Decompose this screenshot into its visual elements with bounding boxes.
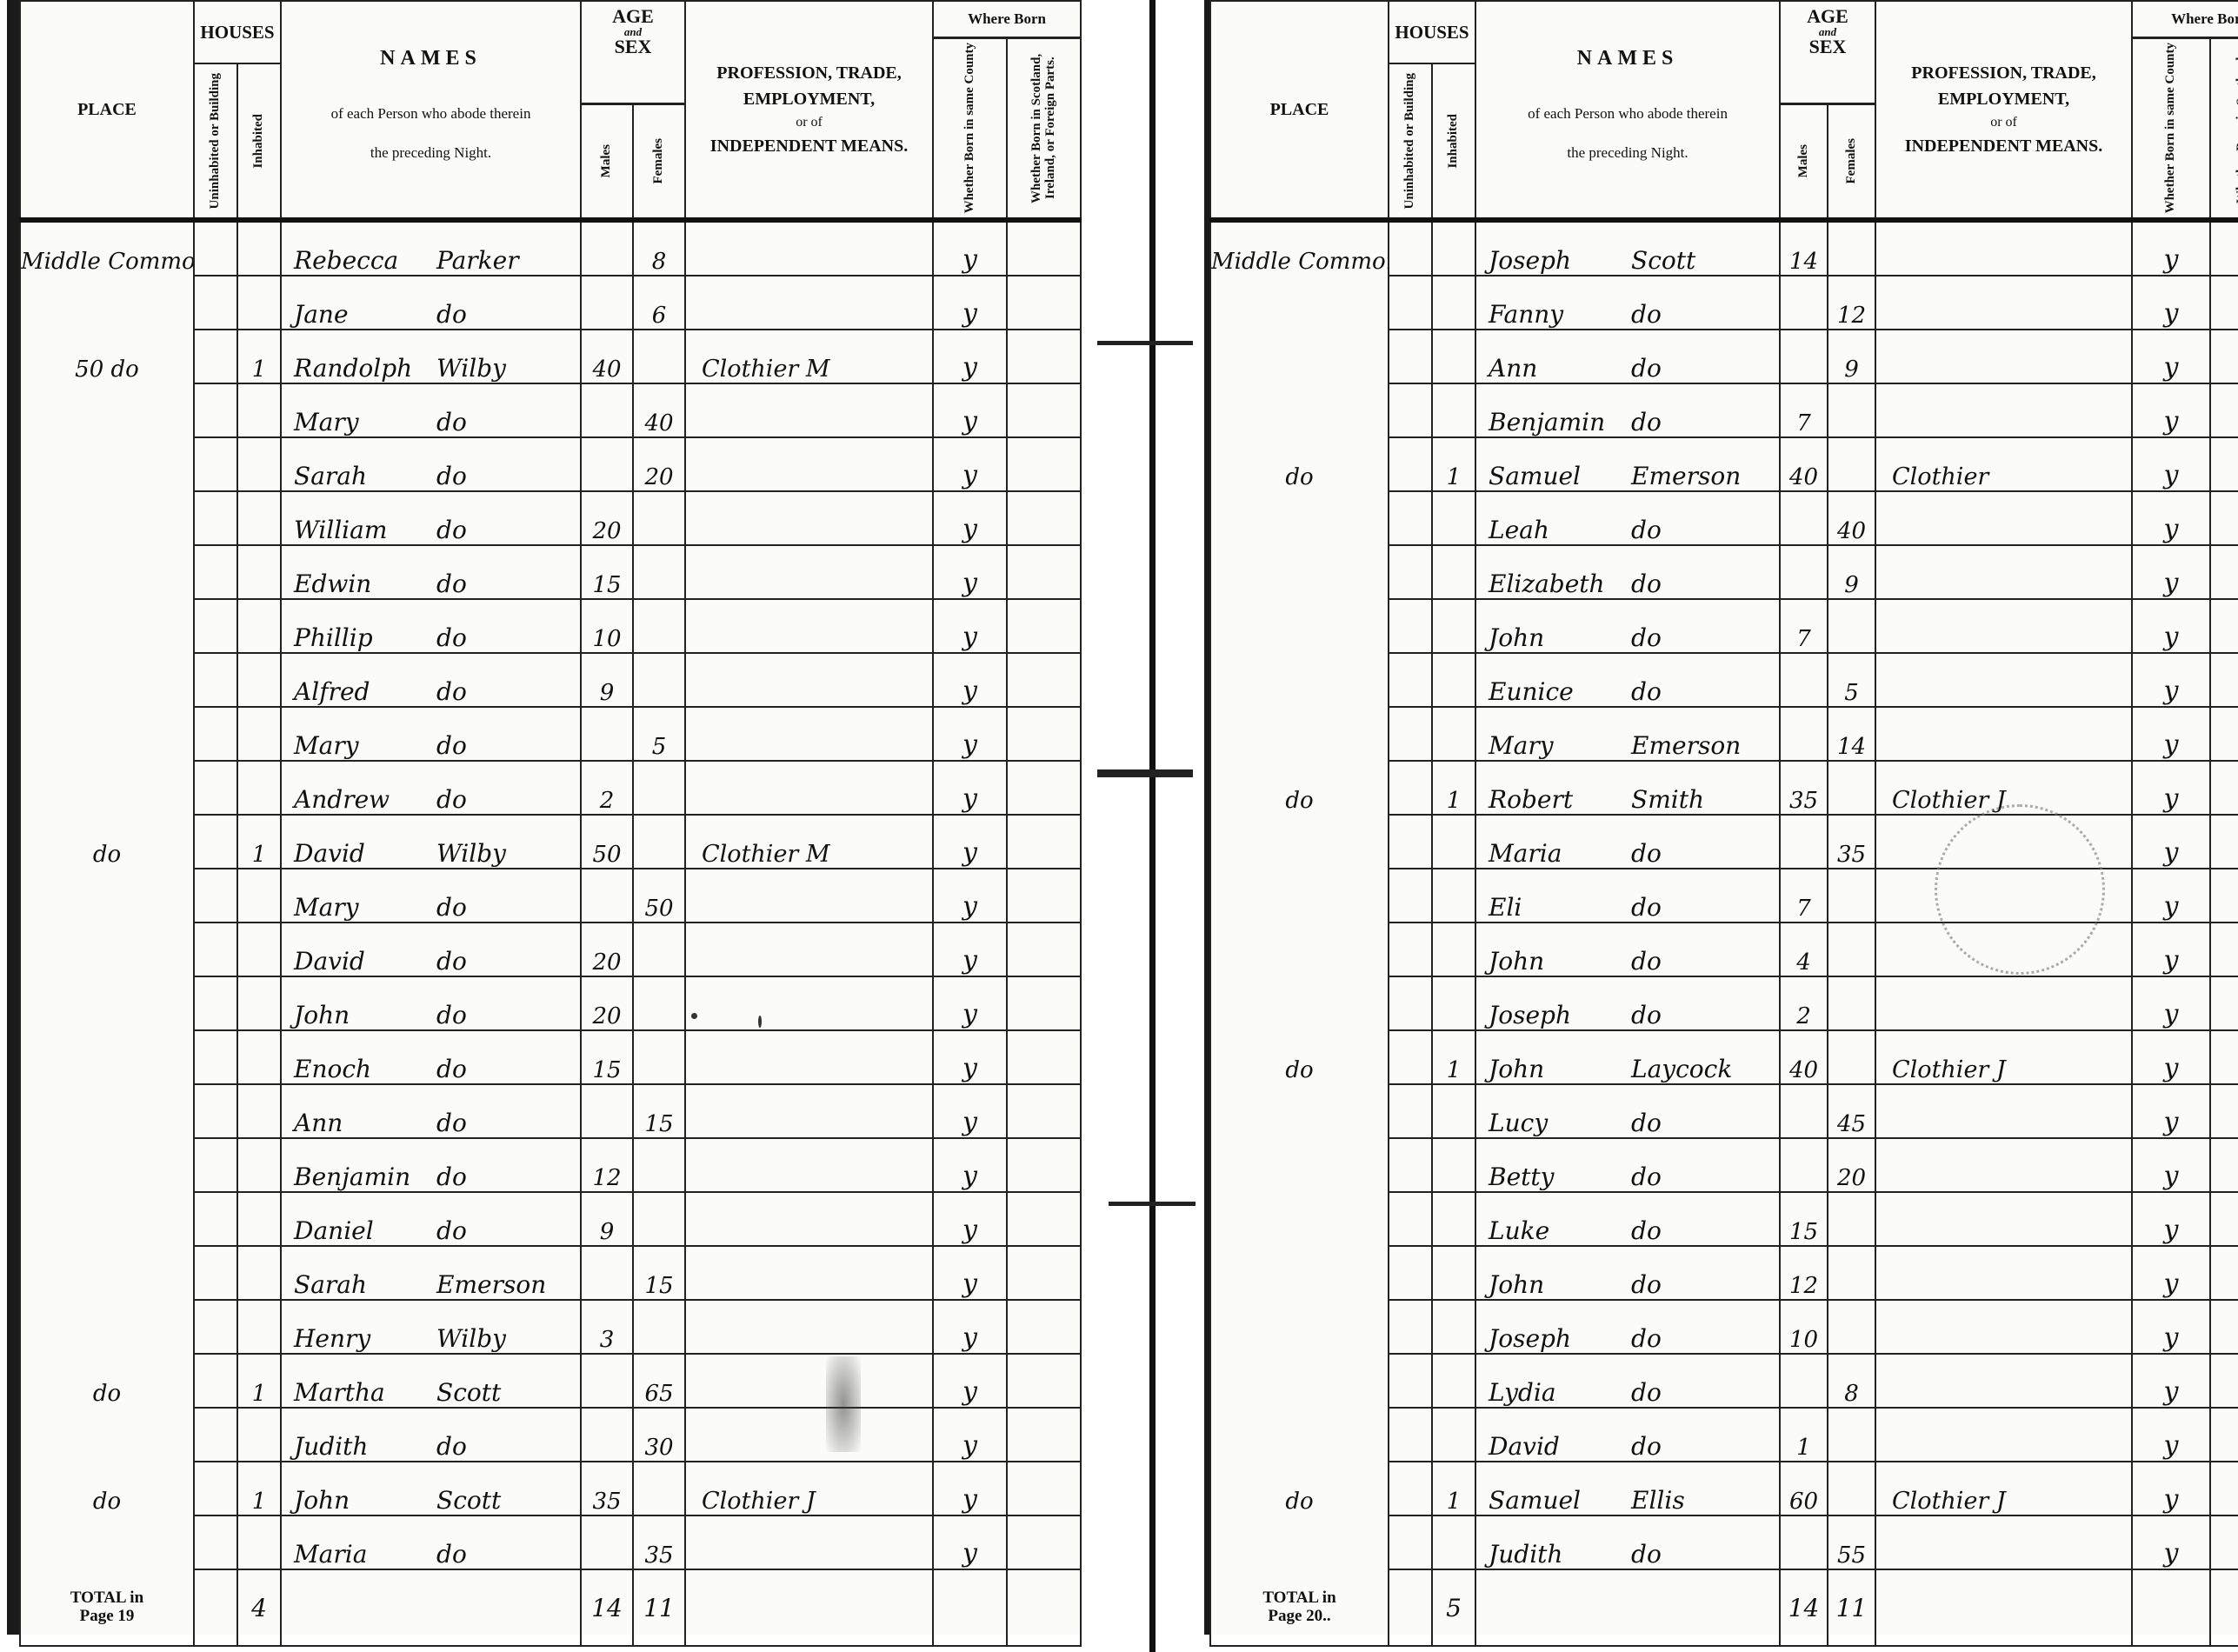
inhabited-cell xyxy=(1432,330,1475,383)
profession-cell xyxy=(1875,1408,2132,1462)
inhabited-cell xyxy=(1432,491,1475,545)
surname: do xyxy=(1619,354,1662,383)
place-cell xyxy=(20,653,194,707)
uninhabited-cell xyxy=(194,599,237,653)
inhabited-cell xyxy=(237,1138,281,1192)
male-age-cell xyxy=(1780,276,1828,330)
place-cell xyxy=(1210,330,1389,383)
census-row: MaryEmerson14y xyxy=(1210,707,2238,761)
uninhabited-cell xyxy=(1389,653,1432,707)
male-age-cell: 14 xyxy=(1780,220,1828,276)
census-row: Marydo5y xyxy=(20,707,1081,761)
name-cell: Enochdo xyxy=(281,1030,581,1084)
born-same-county-cell: y xyxy=(2132,1084,2210,1138)
name-cell: Johndo xyxy=(1475,1246,1780,1300)
place-cell xyxy=(1210,545,1389,599)
uninhabited-cell xyxy=(1389,1030,1432,1084)
male-age-cell xyxy=(581,707,633,761)
male-age-cell: 12 xyxy=(581,1138,633,1192)
first-name: Sarah xyxy=(294,462,424,490)
female-age-cell: 50 xyxy=(633,869,685,923)
born-scotland-cell xyxy=(2210,1084,2238,1138)
born-scotland-cell xyxy=(1007,1462,1081,1515)
born-same-county-cell: y xyxy=(2132,1462,2210,1515)
profession-cell xyxy=(685,276,933,330)
name-cell: DavidWilby xyxy=(281,815,581,869)
place-cell: do xyxy=(20,1354,194,1408)
total-males: 14 xyxy=(1780,1569,1828,1646)
census-row: Benjamindo12y xyxy=(20,1138,1081,1192)
name-cell: Eunicedo xyxy=(1475,653,1780,707)
profession-cell xyxy=(685,1030,933,1084)
uninhabited-cell xyxy=(1389,599,1432,653)
born-scotland-cell xyxy=(1007,437,1081,491)
female-age-cell xyxy=(1828,220,1875,276)
born-same-county-cell: y xyxy=(2132,869,2210,923)
name-cell: Lucydo xyxy=(1475,1084,1780,1138)
profession-column-header: PROFESSION, TRADE, EMPLOYMENT, or of IND… xyxy=(1875,1,2132,220)
inhabited-cell xyxy=(237,1300,281,1354)
inhabited-cell xyxy=(237,653,281,707)
born-same-county-cell: y xyxy=(933,220,1007,276)
name-cell: SamuelEllis xyxy=(1475,1462,1780,1515)
female-age-cell xyxy=(1828,869,1875,923)
male-age-cell xyxy=(1780,815,1828,869)
uninhabited-cell xyxy=(1389,330,1432,383)
born-same-county-cell: y xyxy=(933,815,1007,869)
female-age-cell xyxy=(1828,599,1875,653)
total-row: TOTAL inPage 19 4 14 11 xyxy=(20,1569,1081,1646)
inhabited-cell xyxy=(237,1408,281,1462)
surname: Scott xyxy=(1619,246,1695,275)
inhabited-cell: 1 xyxy=(237,1462,281,1515)
inhabited-cell xyxy=(237,491,281,545)
uninhabited-cell xyxy=(194,220,237,276)
faded-stamp-mark xyxy=(1935,804,2105,975)
uninhabited-cell xyxy=(194,869,237,923)
name-cell: Josephdo xyxy=(1475,976,1780,1030)
first-name: William xyxy=(294,516,424,544)
where-born-column-header: Where Born Whether Born in same County W… xyxy=(933,1,1081,220)
name-cell: Alfreddo xyxy=(281,653,581,707)
male-age-cell xyxy=(581,1354,633,1408)
male-age-cell xyxy=(1780,1515,1828,1569)
census-row: Middle CommonJosephScott14y xyxy=(1210,220,2238,276)
first-name: Joseph xyxy=(1489,1324,1619,1353)
female-age-cell xyxy=(1828,923,1875,976)
place-cell: Middle Common xyxy=(1210,220,1389,276)
profession-cell: Clothier M xyxy=(685,330,933,383)
census-table-right: PLACE HOUSES Uninhabited or Building Inh… xyxy=(1209,0,2238,1647)
uninhabited-cell xyxy=(1389,1084,1432,1138)
place-cell xyxy=(20,761,194,815)
surname: do xyxy=(424,677,467,706)
surname: Emerson xyxy=(1619,462,1741,490)
name-cell: Marydo xyxy=(281,707,581,761)
ink-speck xyxy=(758,1016,762,1028)
first-name: John xyxy=(294,1486,424,1515)
surname: Emerson xyxy=(424,1270,546,1299)
place-cell: do xyxy=(1210,1462,1389,1515)
female-age-cell: 20 xyxy=(1828,1138,1875,1192)
first-name: Fanny xyxy=(1489,300,1619,329)
born-scotland-cell xyxy=(2210,491,2238,545)
census-page-right: PLACE HOUSES Uninhabited or Building Inh… xyxy=(1204,0,2238,1635)
uninhabited-cell xyxy=(1389,1246,1432,1300)
uninhabited-cell xyxy=(194,761,237,815)
profession-cell xyxy=(685,1515,933,1569)
born-same-county-cell: y xyxy=(2132,1408,2210,1462)
female-age-cell xyxy=(1828,1462,1875,1515)
census-row: Phillipdo10y xyxy=(20,599,1081,653)
inhabited-cell xyxy=(1432,1138,1475,1192)
name-cell: Marydo xyxy=(281,383,581,437)
male-age-cell: 40 xyxy=(581,330,633,383)
born-same-county-cell: y xyxy=(933,599,1007,653)
profession-cell xyxy=(1875,491,2132,545)
born-scotland-cell xyxy=(2210,1030,2238,1084)
born-same-county-cell: y xyxy=(2132,707,2210,761)
surname: do xyxy=(1619,1162,1662,1191)
born-scotland-cell xyxy=(2210,383,2238,437)
uninhabited-cell xyxy=(194,1084,237,1138)
name-cell: Johndo xyxy=(1475,599,1780,653)
inhabited-cell xyxy=(237,383,281,437)
first-name: David xyxy=(294,947,424,976)
males-header: Males xyxy=(1797,144,1811,177)
surname: do xyxy=(424,731,467,760)
male-age-cell: 1 xyxy=(1780,1408,1828,1462)
name-cell: RandolphWilby xyxy=(281,330,581,383)
female-age-cell: 8 xyxy=(1828,1354,1875,1408)
born-scotland-cell xyxy=(2210,330,2238,383)
name-cell: Marydo xyxy=(281,869,581,923)
census-page-left: PLACE HOUSES Uninhabited or Building Inh… xyxy=(7,0,1080,1635)
name-cell: Sarahdo xyxy=(281,437,581,491)
surname: do xyxy=(1619,1324,1662,1353)
uninhabited-cell xyxy=(1389,1138,1432,1192)
inhabited-cell xyxy=(1432,383,1475,437)
name-cell: JohnScott xyxy=(281,1462,581,1515)
place-cell xyxy=(1210,491,1389,545)
houses-column-header: HOUSES Uninhabited or Building Inhabited xyxy=(1389,1,1475,220)
uninhabited-cell xyxy=(194,1515,237,1569)
surname: Smith xyxy=(1619,785,1704,814)
male-age-cell: 2 xyxy=(581,761,633,815)
age-sex-column-header: AGEandSEX Males Females xyxy=(1780,1,1875,220)
surname: do xyxy=(1619,1216,1662,1245)
female-age-cell xyxy=(633,1462,685,1515)
name-cell: Andrewdo xyxy=(281,761,581,815)
female-age-cell: 65 xyxy=(633,1354,685,1408)
profession-cell xyxy=(685,976,933,1030)
total-label: TOTAL inPage 20.. xyxy=(1210,1569,1389,1646)
census-row: Fannydo12y xyxy=(1210,276,2238,330)
born-same-county-cell: y xyxy=(933,383,1007,437)
place-column-header: PLACE xyxy=(1210,1,1389,220)
place-cell xyxy=(20,1030,194,1084)
uninhabited-cell xyxy=(194,1246,237,1300)
female-age-cell xyxy=(633,1030,685,1084)
first-name: John xyxy=(294,1001,424,1029)
place-cell xyxy=(1210,869,1389,923)
name-cell: Judithdo xyxy=(1475,1515,1780,1569)
surname: Wilby xyxy=(424,1324,506,1353)
female-age-cell: 40 xyxy=(633,383,685,437)
first-name: Leah xyxy=(1489,516,1619,544)
male-age-cell xyxy=(1780,545,1828,599)
born-scotland-cell xyxy=(1007,869,1081,923)
first-name: Edwin xyxy=(294,570,424,598)
born-same-county-cell: y xyxy=(933,1192,1007,1246)
ink-speck xyxy=(691,1013,697,1019)
place-cell xyxy=(1210,1084,1389,1138)
place-cell: do xyxy=(1210,761,1389,815)
census-rows: Middle CommonRebeccaParker8yJanedo6y50 d… xyxy=(20,220,1081,1569)
inhabited-cell: 1 xyxy=(1432,1030,1475,1084)
uninhabited-cell xyxy=(194,1030,237,1084)
inhabited-cell xyxy=(1432,1084,1475,1138)
born-scotland-cell xyxy=(2210,707,2238,761)
profession-column-header: PROFESSION, TRADE, EMPLOYMENT, or of IND… xyxy=(685,1,933,220)
first-name: John xyxy=(1489,1270,1619,1299)
census-row: Mariado35y xyxy=(20,1515,1081,1569)
profession-cell xyxy=(1875,1084,2132,1138)
age-sex-column-header: AGEandSEX Males Females xyxy=(581,1,685,220)
profession-cell xyxy=(685,1246,933,1300)
male-age-cell xyxy=(581,1246,633,1300)
surname: do xyxy=(1619,570,1662,598)
uninhabited-cell xyxy=(1389,1515,1432,1569)
first-name: Andrew xyxy=(294,785,424,814)
female-age-cell xyxy=(1828,437,1875,491)
born-same-county-cell: y xyxy=(2132,330,2210,383)
name-cell: Mariado xyxy=(1475,815,1780,869)
place-cell: Middle Common xyxy=(20,220,194,276)
female-age-cell xyxy=(1828,1246,1875,1300)
surname: do xyxy=(1619,1001,1662,1029)
profession-cell xyxy=(685,383,933,437)
first-name: David xyxy=(1489,1432,1619,1461)
census-row: Daviddo1y xyxy=(1210,1408,2238,1462)
name-cell: Anndo xyxy=(1475,330,1780,383)
female-age-cell xyxy=(1828,383,1875,437)
born-scotland-cell xyxy=(1007,1515,1081,1569)
place-cell xyxy=(20,1084,194,1138)
male-age-cell: 7 xyxy=(1780,599,1828,653)
born-same-county-cell: y xyxy=(2132,383,2210,437)
place-cell xyxy=(20,437,194,491)
surname: Laycock xyxy=(1619,1055,1732,1083)
born-scotland-cell xyxy=(2210,1408,2238,1462)
born-same-county-cell: y xyxy=(933,1408,1007,1462)
place-cell xyxy=(20,707,194,761)
inhabited-cell xyxy=(1432,869,1475,923)
male-age-cell xyxy=(581,1408,633,1462)
male-age-cell: 15 xyxy=(581,1030,633,1084)
first-name: Ann xyxy=(294,1109,424,1137)
inhabited-cell xyxy=(1432,1408,1475,1462)
female-age-cell xyxy=(633,545,685,599)
name-cell: Danieldo xyxy=(281,1192,581,1246)
uninhabited-cell xyxy=(194,437,237,491)
census-row: 50 do1RandolphWilby40Clothier My xyxy=(20,330,1081,383)
female-age-cell: 45 xyxy=(1828,1084,1875,1138)
census-row: Judithdo55y xyxy=(1210,1515,2238,1569)
female-age-cell xyxy=(1828,761,1875,815)
born-same-county-cell: y xyxy=(2132,761,2210,815)
male-age-cell: 50 xyxy=(581,815,633,869)
uninhabited-cell xyxy=(194,491,237,545)
surname: do xyxy=(1619,1378,1662,1407)
born-scotland-cell xyxy=(2210,1192,2238,1246)
ink-smudge xyxy=(826,1356,861,1452)
census-row: Andrewdo2y xyxy=(20,761,1081,815)
male-age-cell: 35 xyxy=(1780,761,1828,815)
born-same-county-cell: y xyxy=(933,869,1007,923)
first-name: John xyxy=(1489,947,1619,976)
born-scotland-cell xyxy=(1007,276,1081,330)
male-age-cell xyxy=(581,1084,633,1138)
place-cell xyxy=(1210,599,1389,653)
born-same-county-cell: y xyxy=(2132,1354,2210,1408)
first-name: Luke xyxy=(1489,1216,1619,1245)
surname: do xyxy=(424,1216,467,1245)
inhabited-cell xyxy=(1432,653,1475,707)
female-age-cell: 5 xyxy=(633,707,685,761)
uninhabited-cell xyxy=(194,923,237,976)
born-same-county-cell: y xyxy=(2132,220,2210,276)
born-scotland-cell xyxy=(2210,1246,2238,1300)
place-cell xyxy=(20,1300,194,1354)
profession-cell xyxy=(1875,383,2132,437)
female-age-cell: 30 xyxy=(633,1408,685,1462)
place-cell xyxy=(1210,1192,1389,1246)
born-same-county-cell: y xyxy=(2132,1030,2210,1084)
first-name: Mary xyxy=(294,408,424,436)
census-row: Eunicedo5y xyxy=(1210,653,2238,707)
born-same-county-cell: y xyxy=(933,545,1007,599)
surname: do xyxy=(424,1540,467,1569)
place-cell xyxy=(1210,1246,1389,1300)
census-row: Josephdo10y xyxy=(1210,1300,2238,1354)
born-scotland-cell xyxy=(2210,1300,2238,1354)
profession-cell xyxy=(685,761,933,815)
born-same-county-cell: y xyxy=(2132,491,2210,545)
census-row: HenryWilby3y xyxy=(20,1300,1081,1354)
female-age-cell: 12 xyxy=(1828,276,1875,330)
name-cell: Johndo xyxy=(281,976,581,1030)
first-name: Henry xyxy=(294,1324,424,1353)
born-scotland-cell xyxy=(1007,761,1081,815)
male-age-cell xyxy=(1780,1354,1828,1408)
place-cell xyxy=(20,1408,194,1462)
male-age-cell: 10 xyxy=(581,599,633,653)
born-same-county-cell: y xyxy=(933,1300,1007,1354)
male-age-cell: 20 xyxy=(581,976,633,1030)
female-age-cell xyxy=(633,815,685,869)
census-row: do1SamuelEmerson40Clothiery xyxy=(1210,437,2238,491)
first-name: Eunice xyxy=(1489,677,1619,706)
inhabited-header: Inhabited xyxy=(1447,114,1461,169)
uninhabited-cell xyxy=(194,1192,237,1246)
name-cell: Mariado xyxy=(281,1515,581,1569)
born-same-county-cell: y xyxy=(933,437,1007,491)
profession-cell xyxy=(685,491,933,545)
first-name: Lydia xyxy=(1489,1378,1619,1407)
born-same-county-header: Whether Born in same County xyxy=(963,43,977,213)
surname: do xyxy=(424,1432,467,1461)
surname: do xyxy=(424,1109,467,1137)
females-header: Females xyxy=(1845,138,1859,183)
female-age-cell xyxy=(633,761,685,815)
female-age-cell: 14 xyxy=(1828,707,1875,761)
name-cell: Bettydo xyxy=(1475,1138,1780,1192)
total-inhabited: 4 xyxy=(237,1569,281,1646)
profession-cell xyxy=(685,1192,933,1246)
inhabited-cell xyxy=(237,761,281,815)
surname: do xyxy=(424,623,467,652)
census-row: Janedo6y xyxy=(20,276,1081,330)
profession-cell xyxy=(685,220,933,276)
uninhabited-cell xyxy=(194,545,237,599)
first-name: David xyxy=(294,839,424,868)
name-cell: Fannydo xyxy=(1475,276,1780,330)
inhabited-cell xyxy=(1432,220,1475,276)
census-row: Anndo9y xyxy=(1210,330,2238,383)
surname: do xyxy=(424,1001,467,1029)
census-row: Josephdo2y xyxy=(1210,976,2238,1030)
born-scotland-cell xyxy=(1007,707,1081,761)
male-age-cell: 60 xyxy=(1780,1462,1828,1515)
first-name: Mary xyxy=(294,731,424,760)
surname: do xyxy=(424,947,467,976)
place-cell: do xyxy=(1210,437,1389,491)
uninhabited-cell xyxy=(194,276,237,330)
first-name: Martha xyxy=(294,1378,424,1407)
place-cell: do xyxy=(20,1462,194,1515)
total-inhabited: 5 xyxy=(1432,1569,1475,1646)
place-cell xyxy=(1210,1408,1389,1462)
name-cell: MarthaScott xyxy=(281,1354,581,1408)
profession-cell: Clothier M xyxy=(685,815,933,869)
uninhabited-cell xyxy=(194,1354,237,1408)
names-column-header: NAMES of each Person who abode therein t… xyxy=(281,1,581,220)
male-age-cell: 7 xyxy=(1780,869,1828,923)
first-name: Sarah xyxy=(294,1270,424,1299)
place-cell xyxy=(1210,276,1389,330)
male-age-cell: 20 xyxy=(581,923,633,976)
female-age-cell xyxy=(633,1138,685,1192)
surname: do xyxy=(1619,947,1662,976)
profession-cell xyxy=(1875,330,2132,383)
surname: do xyxy=(424,570,467,598)
born-scotland-cell xyxy=(2210,923,2238,976)
census-row: Benjamindo7y xyxy=(1210,383,2238,437)
profession-cell xyxy=(1875,1246,2132,1300)
total-females: 11 xyxy=(633,1569,685,1646)
born-scotland-cell xyxy=(1007,1300,1081,1354)
first-name: Alfred xyxy=(294,677,424,706)
born-same-county-cell: y xyxy=(933,330,1007,383)
female-age-cell xyxy=(633,1300,685,1354)
male-age-cell: 3 xyxy=(581,1300,633,1354)
total-males: 14 xyxy=(581,1569,633,1646)
born-same-county-cell: y xyxy=(2132,653,2210,707)
male-age-cell xyxy=(581,1515,633,1569)
uninhabited-cell xyxy=(1389,815,1432,869)
first-name: Maria xyxy=(294,1540,424,1569)
